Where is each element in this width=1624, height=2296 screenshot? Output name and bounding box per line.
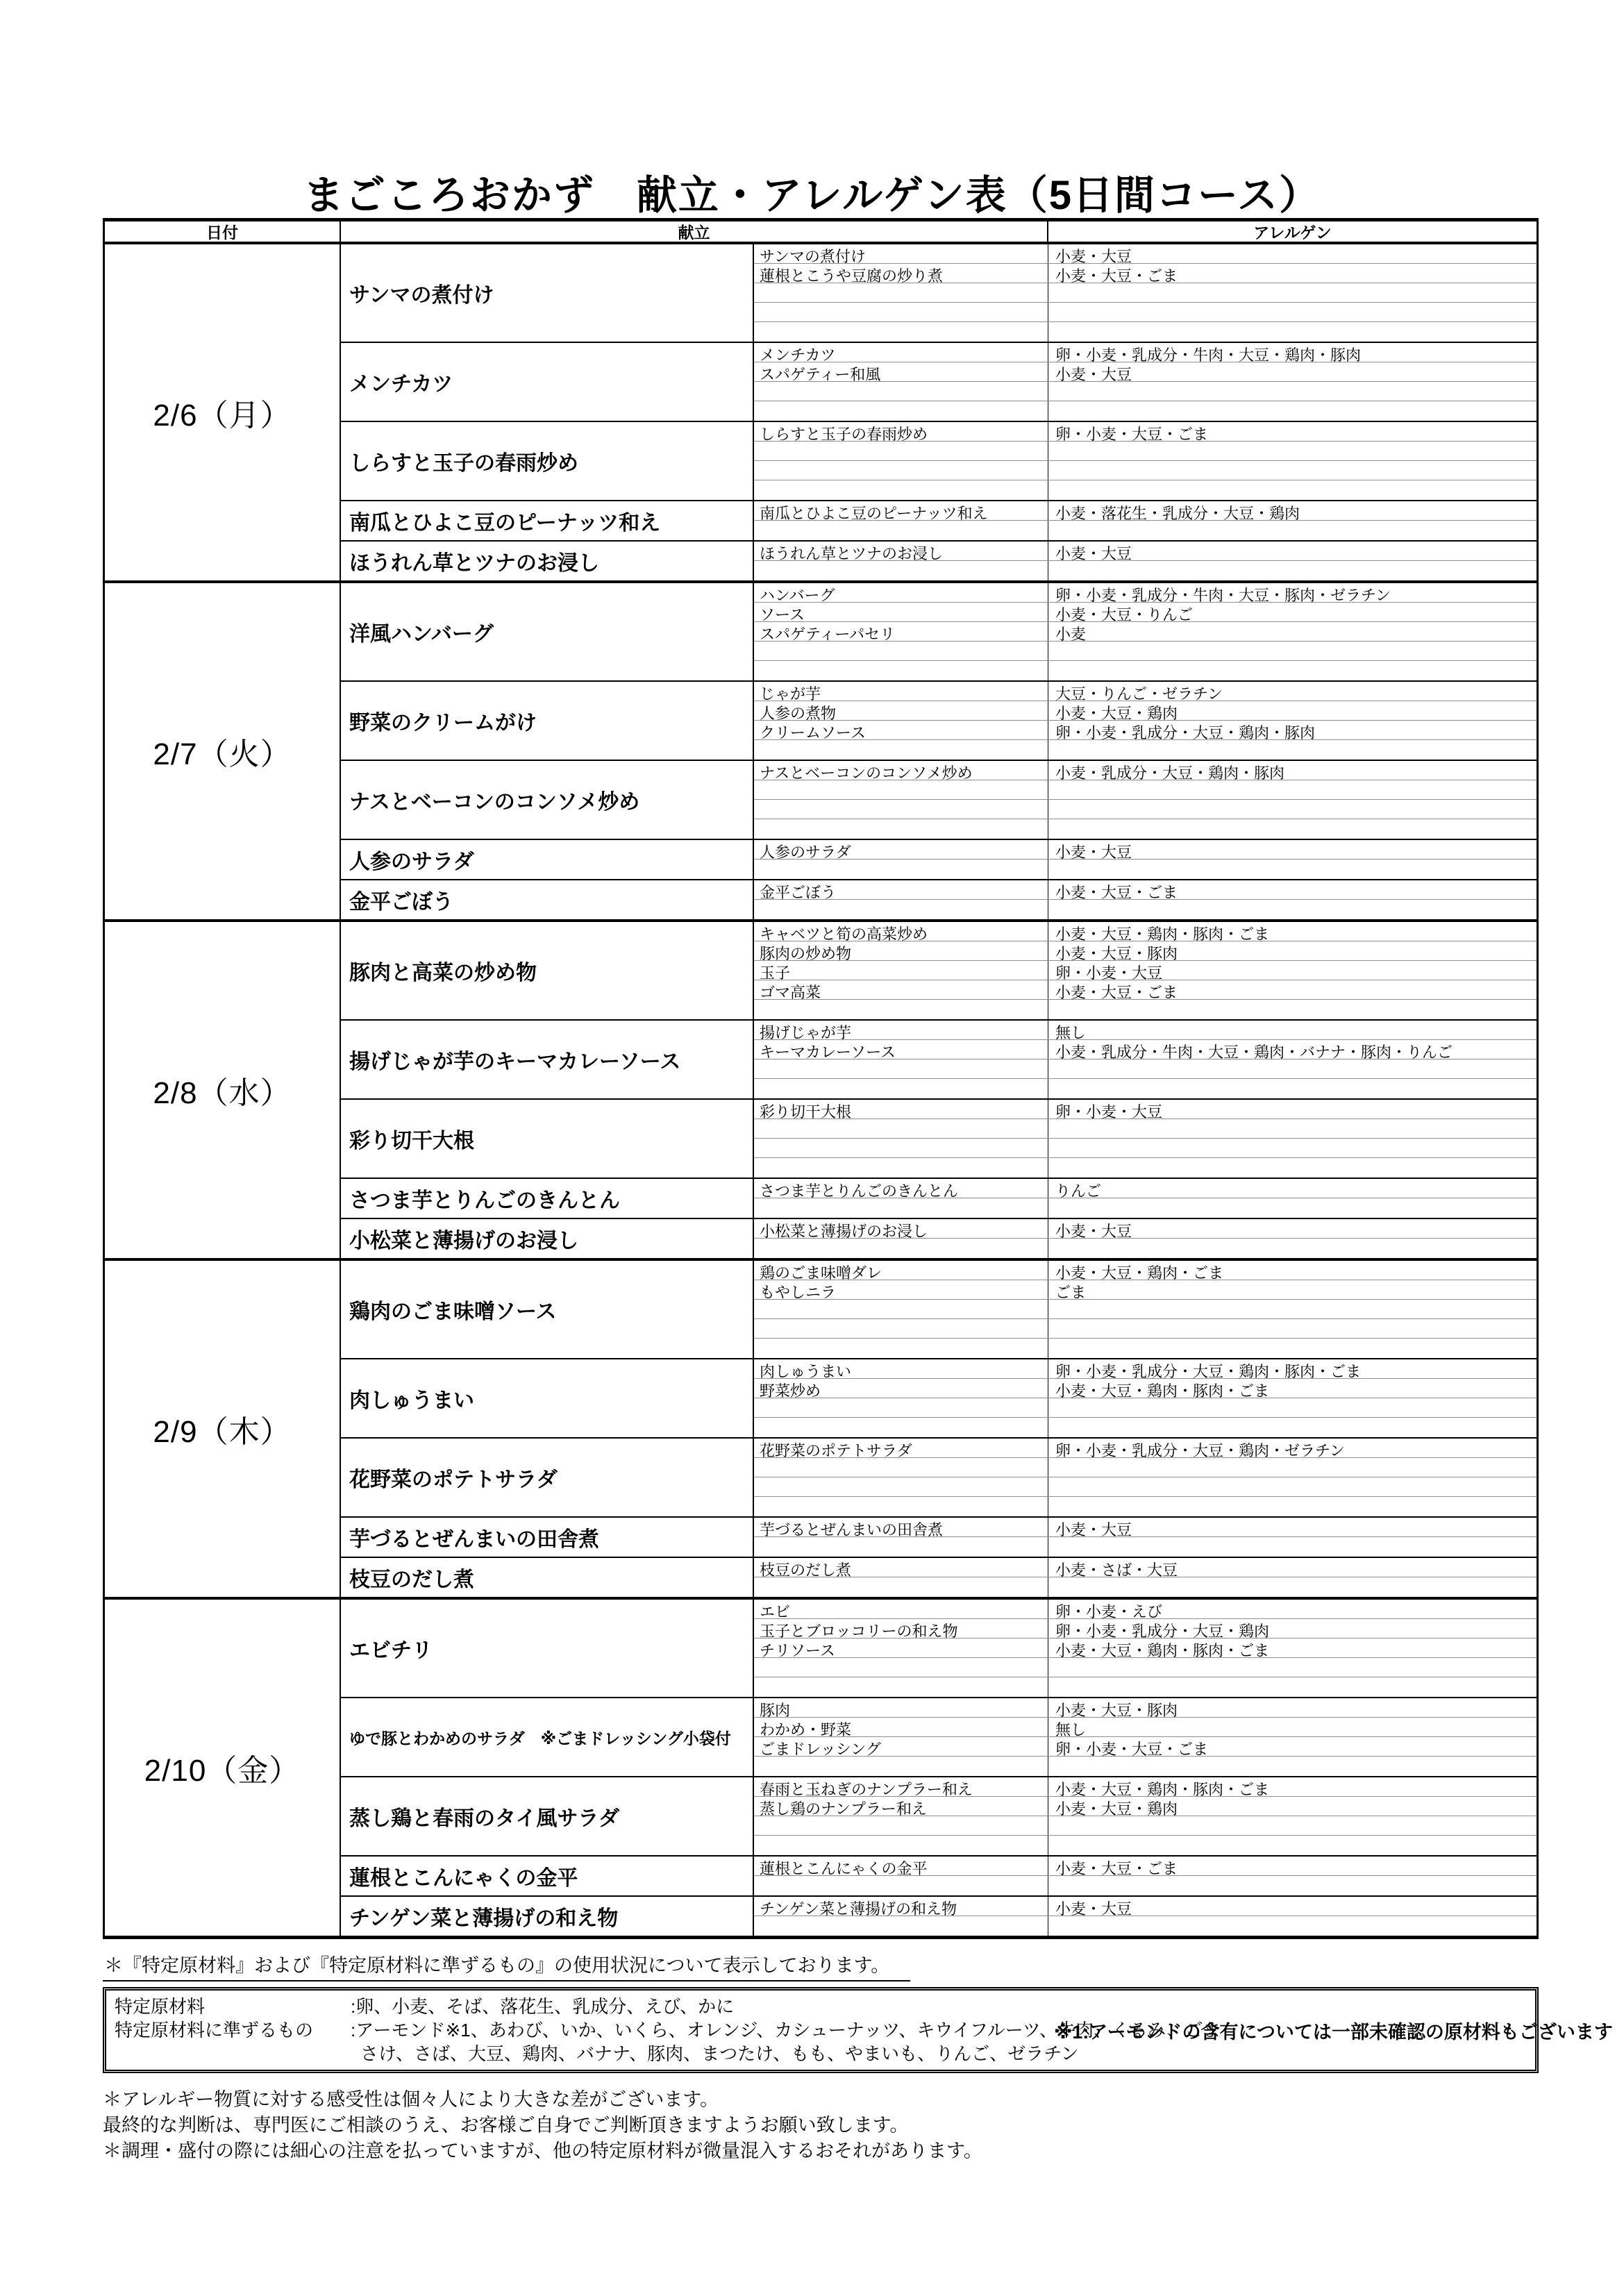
allergen-list: 小麦・大豆・豚肉 bbox=[1048, 941, 1537, 960]
allergen-list bbox=[1048, 1577, 1537, 1597]
dish-name: 南瓜とひよこ豆のピーナッツ和え bbox=[341, 501, 754, 540]
component-name: しらすと玉子の春雨炒め bbox=[754, 422, 1048, 441]
allergen-list: 卵・小麦・乳成分・牛肉・大豆・豚肉・ゼラチン bbox=[1048, 583, 1537, 602]
menu-item-row bbox=[754, 1398, 1537, 1418]
day-block: 2/10（金）エビチリエビ卵・小麦・えび玉子とブロッコリーの和え物卵・小麦・乳成… bbox=[105, 1600, 1537, 1936]
component-name bbox=[754, 322, 1048, 342]
specified-line-1: :卵、小麦、そば、落花生、乳成分、えび、かに bbox=[351, 1995, 1530, 2018]
specified-line-3: さけ、さば、大豆、鶏肉、バナナ、豚肉、まつたけ、もも、やまいも、りんご、ゼラチン bbox=[351, 2042, 1530, 2065]
dish-group: チンゲン菜と薄揚げの和え物チンゲン菜と薄揚げの和え物小麦・大豆 bbox=[341, 1897, 1537, 1936]
menu-item-row bbox=[754, 283, 1537, 303]
menu-item-row bbox=[754, 1000, 1537, 1019]
item-rows: ハンバーグ卵・小麦・乳成分・牛肉・大豆・豚肉・ゼラチンソース小麦・大豆・りんごス… bbox=[754, 583, 1537, 680]
date-cell: 2/6（月） bbox=[105, 244, 341, 580]
allergen-list bbox=[1048, 1119, 1537, 1138]
item-rows: 豚肉小麦・大豆・豚肉わかめ・野菜無しごまドレッシング卵・小麦・大豆・ごま bbox=[754, 1698, 1537, 1776]
allergen-list: 卵・小麦・えび bbox=[1048, 1600, 1537, 1618]
component-name: 野菜炒め bbox=[754, 1379, 1048, 1398]
allergen-list: ごま bbox=[1048, 1280, 1537, 1299]
allergen-list bbox=[1048, 1836, 1537, 1855]
allergen-list: 卵・小麦・大豆 bbox=[1048, 961, 1537, 980]
menu-item-row bbox=[754, 1079, 1537, 1098]
allergen-list: 小麦・大豆 bbox=[1048, 244, 1537, 263]
allergen-list: 小麦・乳成分・牛肉・大豆・鶏肉・バナナ・豚肉・りんご bbox=[1048, 1040, 1537, 1059]
menu-item-row bbox=[754, 819, 1537, 839]
menu-item-row bbox=[754, 740, 1537, 760]
date-cell: 2/10（金） bbox=[105, 1600, 341, 1936]
header-allergen: アレルゲン bbox=[1048, 221, 1537, 242]
component-name bbox=[754, 1757, 1048, 1776]
almond-note: ※1:アーモンドの含有については一部未確認の原材料もございます bbox=[1054, 2017, 1613, 2044]
usage-note: ＊『特定原材料』および『特定原材料に準ずるもの』の使用状況について表示しておりま… bbox=[103, 1950, 1539, 1981]
allergen-list: 小麦・大豆・鶏肉 bbox=[1048, 1797, 1537, 1816]
item-rows: チンゲン菜と薄揚げの和え物小麦・大豆 bbox=[754, 1897, 1537, 1936]
component-name: 春雨と玉ねぎのナンプラー和え bbox=[754, 1777, 1048, 1796]
dish-group: メンチカツメンチカツ卵・小麦・乳成分・牛肉・大豆・鶏肉・豚肉スパゲティー和風小麦… bbox=[341, 343, 1537, 422]
item-rows: 揚げじゃが芋無しキーマカレーソース小麦・乳成分・牛肉・大豆・鶏肉・バナナ・豚肉・… bbox=[754, 1021, 1537, 1098]
menu-item-row bbox=[754, 1418, 1537, 1437]
menu-item-row: 春雨と玉ねぎのナンプラー和え小麦・大豆・鶏肉・豚肉・ごま bbox=[754, 1777, 1537, 1797]
menu-item-row bbox=[754, 780, 1537, 800]
menu-item-row bbox=[754, 442, 1537, 461]
component-name: エビ bbox=[754, 1600, 1048, 1618]
dish-group: 洋風ハンバーグハンバーグ卵・小麦・乳成分・牛肉・大豆・豚肉・ゼラチンソース小麦・… bbox=[341, 583, 1537, 682]
menu-item-row: もやしニラごま bbox=[754, 1280, 1537, 1300]
menu-item-row bbox=[754, 401, 1537, 421]
component-name bbox=[754, 1119, 1048, 1138]
menu-item-row bbox=[754, 642, 1537, 661]
allergen-list bbox=[1048, 1816, 1537, 1835]
menu-item-row bbox=[754, 1139, 1537, 1158]
menu-item-row: 蒸し鶏のナンプラー和え小麦・大豆・鶏肉 bbox=[754, 1797, 1537, 1816]
dish-name: 小松菜と薄揚げのお浸し bbox=[341, 1219, 754, 1258]
component-name: ソース bbox=[754, 603, 1048, 621]
component-name bbox=[754, 1339, 1048, 1358]
allergen-list bbox=[1048, 1198, 1537, 1218]
component-name: 玉子 bbox=[754, 961, 1048, 980]
menu-item-row: 小松菜と薄揚げのお浸し小麦・大豆 bbox=[754, 1219, 1537, 1239]
component-name bbox=[754, 461, 1048, 480]
item-rows: エビ卵・小麦・えび玉子とブロッコリーの和え物卵・小麦・乳成分・大豆・鶏肉チリソー… bbox=[754, 1600, 1537, 1697]
allergen-list bbox=[1048, 1239, 1537, 1258]
allergen-list: 小麦・大豆・ごま bbox=[1048, 980, 1537, 999]
menu-item-row bbox=[754, 1158, 1537, 1178]
component-name: 蓮根とこうや豆腐の炒り煮 bbox=[754, 264, 1048, 283]
footer-notes: ＊アレルギー物質に対する感受性は個々人により大きな差がございます。 最終的な判断… bbox=[103, 2087, 1539, 2164]
component-name: 豚肉の炒め物 bbox=[754, 941, 1048, 960]
component-name: 枝豆のだし煮 bbox=[754, 1558, 1048, 1577]
component-name: キャベツと筍の高菜炒め bbox=[754, 922, 1048, 941]
allergen-list bbox=[1048, 461, 1537, 480]
menu-item-row bbox=[754, 1458, 1537, 1477]
menu-item-row: 揚げじゃが芋無し bbox=[754, 1021, 1537, 1040]
menu-item-row bbox=[754, 1300, 1537, 1319]
item-rows: しらすと玉子の春雨炒め卵・小麦・大豆・ごま bbox=[754, 422, 1537, 500]
dish-group: さつま芋とりんごのきんとんさつま芋とりんごのきんとんりんご bbox=[341, 1179, 1537, 1219]
allergen-list bbox=[1048, 1677, 1537, 1697]
component-name bbox=[754, 1876, 1048, 1895]
dish-group: 小松菜と薄揚げのお浸し小松菜と薄揚げのお浸し小麦・大豆 bbox=[341, 1219, 1537, 1258]
allergen-list: 大豆・りんご・ゼラチン bbox=[1048, 682, 1537, 701]
footer-note-2: 最終的な判断は、専門医にご相談のうえ、お客様ご自身でご判断頂きますようお願い致し… bbox=[103, 2113, 1539, 2138]
allergen-list: 小麦・大豆 bbox=[1048, 362, 1537, 381]
menu-item-row bbox=[754, 1497, 1537, 1516]
component-name bbox=[754, 642, 1048, 660]
component-name: 蓮根とこんにゃくの金平 bbox=[754, 1857, 1048, 1875]
menu-item-row: わかめ・野菜無し bbox=[754, 1718, 1537, 1737]
component-name bbox=[754, 1537, 1048, 1557]
dish-group: 枝豆のだし煮枝豆のだし煮小麦・さば・大豆 bbox=[341, 1558, 1537, 1597]
item-rows: 人参のサラダ小麦・大豆 bbox=[754, 840, 1537, 879]
dish-group: 芋づるとぜんまいの田舎煮芋づるとぜんまいの田舎煮小麦・大豆 bbox=[341, 1518, 1537, 1558]
component-name: ナスとベーコンのコンソメ炒め bbox=[754, 761, 1048, 780]
component-name: スパゲティー和風 bbox=[754, 362, 1048, 381]
allergen-list bbox=[1048, 819, 1537, 839]
menu-item-row bbox=[754, 1577, 1537, 1597]
dish-group: しらすと玉子の春雨炒めしらすと玉子の春雨炒め卵・小麦・大豆・ごま bbox=[341, 422, 1537, 501]
component-name bbox=[754, 1059, 1048, 1078]
component-name: もやしニラ bbox=[754, 1280, 1048, 1299]
menu-item-row: サンマの煮付け小麦・大豆 bbox=[754, 244, 1537, 264]
dish-name: 芋づるとぜんまいの田舎煮 bbox=[341, 1518, 754, 1557]
menu-item-row bbox=[754, 860, 1537, 879]
component-name bbox=[754, 1319, 1048, 1338]
page-title: まごころおかず 献立・アレルゲン表（5日間コース） bbox=[0, 162, 1624, 221]
menu-item-row: 枝豆のだし煮小麦・さば・大豆 bbox=[754, 1558, 1537, 1577]
dish-name: しらすと玉子の春雨炒め bbox=[341, 422, 754, 500]
dish-name: 人参のサラダ bbox=[341, 840, 754, 879]
allergen-list: 無し bbox=[1048, 1021, 1537, 1039]
header-date: 日付 bbox=[105, 221, 341, 242]
specified-labels: 特定原材料 特定原材料に準ずるもの bbox=[115, 1995, 351, 2065]
component-name: わかめ・野菜 bbox=[754, 1718, 1048, 1736]
allergen-list: 卵・小麦・乳成分・大豆・鶏肉・豚肉 bbox=[1048, 721, 1537, 739]
allergen-list bbox=[1048, 480, 1537, 500]
allergen-list bbox=[1048, 1418, 1537, 1437]
usage-note-text: ＊『特定原材料』および『特定原材料に準ずるもの』の使用状況について表示しておりま… bbox=[103, 1950, 910, 1981]
allergen-list: 小麦・大豆・鶏肉・豚肉・ごま bbox=[1048, 1379, 1537, 1398]
allergen-list: 小麦・大豆 bbox=[1048, 1518, 1537, 1536]
day-groups: 洋風ハンバーグハンバーグ卵・小麦・乳成分・牛肉・大豆・豚肉・ゼラチンソース小麦・… bbox=[341, 583, 1537, 919]
dish-name: ナスとベーコンのコンソメ炒め bbox=[341, 761, 754, 839]
specified-label-quasi: 特定原材料に準ずるもの bbox=[115, 2018, 351, 2042]
dish-name: さつま芋とりんごのきんとん bbox=[341, 1179, 754, 1218]
menu-item-row: 豚肉小麦・大豆・豚肉 bbox=[754, 1698, 1537, 1718]
component-name bbox=[754, 780, 1048, 799]
allergen-list bbox=[1048, 1000, 1537, 1019]
menu-item-row bbox=[754, 521, 1537, 540]
component-name bbox=[754, 1198, 1048, 1218]
component-name bbox=[754, 303, 1048, 321]
day-groups: エビチリエビ卵・小麦・えび玉子とブロッコリーの和え物卵・小麦・乳成分・大豆・鶏肉… bbox=[341, 1600, 1537, 1936]
component-name: 豚肉 bbox=[754, 1698, 1048, 1717]
allergen-list bbox=[1048, 860, 1537, 879]
component-name: 彩り切干大根 bbox=[754, 1100, 1048, 1118]
component-name: チンゲン菜と薄揚げの和え物 bbox=[754, 1897, 1048, 1916]
component-name: 金平ごぼう bbox=[754, 880, 1048, 899]
component-name bbox=[754, 442, 1048, 460]
specified-label-main: 特定原材料 bbox=[115, 1995, 351, 2018]
menu-table-days: 2/6（月）サンマの煮付けサンマの煮付け小麦・大豆蓮根とこうや豆腐の炒り煮小麦・… bbox=[105, 244, 1537, 1936]
allergen-list: 卵・小麦・大豆 bbox=[1048, 1100, 1537, 1118]
allergen-list bbox=[1048, 283, 1537, 302]
component-name bbox=[754, 1300, 1048, 1318]
allergen-list: 小麦・大豆・鶏肉 bbox=[1048, 701, 1537, 720]
item-rows: サンマの煮付け小麦・大豆蓮根とこうや豆腐の炒り煮小麦・大豆・ごま bbox=[754, 244, 1537, 342]
allergen-list bbox=[1048, 740, 1537, 760]
component-name bbox=[754, 860, 1048, 879]
allergen-list: 小麦・大豆 bbox=[1048, 542, 1537, 560]
allergen-list bbox=[1048, 1139, 1537, 1157]
dish-name: サンマの煮付け bbox=[341, 244, 754, 342]
item-rows: じゃが芋大豆・りんご・ゼラチン人参の煮物小麦・大豆・鶏肉クリームソース卵・小麦・… bbox=[754, 682, 1537, 760]
allergen-list: 小麦・落花生・乳成分・大豆・鶏肉 bbox=[1048, 501, 1537, 520]
item-rows: キャベツと筍の高菜炒め小麦・大豆・鶏肉・豚肉・ごま豚肉の炒め物小麦・大豆・豚肉玉… bbox=[754, 922, 1537, 1019]
allergen-list bbox=[1048, 1497, 1537, 1516]
dish-name: ゆで豚とわかめのサラダ ※ごまドレッシング小袋付 bbox=[341, 1698, 754, 1776]
component-name bbox=[754, 1458, 1048, 1477]
dish-group: 鶏肉のごま味噌ソース鶏のごま味噌ダレ小麦・大豆・鶏肉・ごまもやしニラごま bbox=[341, 1261, 1537, 1359]
component-name: 人参のサラダ bbox=[754, 840, 1048, 859]
allergen-list bbox=[1048, 1876, 1537, 1895]
menu-item-row: 南瓜とひよこ豆のピーナッツ和え小麦・落花生・乳成分・大豆・鶏肉 bbox=[754, 501, 1537, 521]
menu-item-row bbox=[754, 900, 1537, 919]
component-name bbox=[754, 1418, 1048, 1437]
allergen-list bbox=[1048, 1398, 1537, 1417]
allergen-list bbox=[1048, 521, 1537, 540]
menu-allergen-sheet: { "title": "まごころおかず 献立・アレルゲン表（5日間コース）", … bbox=[0, 0, 1624, 2296]
date-cell: 2/9（木） bbox=[105, 1261, 341, 1597]
component-name: スパゲティーパセリ bbox=[754, 622, 1048, 641]
allergen-list: 卵・小麦・大豆・ごま bbox=[1048, 1737, 1537, 1756]
menu-item-row bbox=[754, 303, 1537, 322]
menu-item-row: 人参の煮物小麦・大豆・鶏肉 bbox=[754, 701, 1537, 721]
component-name: メンチカツ bbox=[754, 343, 1048, 362]
allergen-list: 小麦・大豆・りんご bbox=[1048, 603, 1537, 621]
allergen-list bbox=[1048, 661, 1537, 680]
component-name: 揚げじゃが芋 bbox=[754, 1021, 1048, 1039]
menu-item-row bbox=[754, 1239, 1537, 1258]
menu-item-row: 豚肉の炒め物小麦・大豆・豚肉 bbox=[754, 941, 1537, 961]
menu-item-row: スパゲティーパセリ小麦 bbox=[754, 622, 1537, 642]
item-rows: 花野菜のポテトサラダ卵・小麦・乳成分・大豆・鶏肉・ゼラチン bbox=[754, 1439, 1537, 1516]
allergen-list: 小麦・大豆・鶏肉・ごま bbox=[1048, 1261, 1537, 1280]
day-block: 2/8（水）豚肉と高菜の炒め物キャベツと筍の高菜炒め小麦・大豆・鶏肉・豚肉・ごま… bbox=[105, 922, 1537, 1261]
dish-name: 金平ごぼう bbox=[341, 880, 754, 919]
component-name bbox=[754, 480, 1048, 500]
component-name bbox=[754, 283, 1048, 302]
menu-item-row: キャベツと筍の高菜炒め小麦・大豆・鶏肉・豚肉・ごま bbox=[754, 922, 1537, 941]
allergen-list bbox=[1048, 1658, 1537, 1677]
allergen-list: 無し bbox=[1048, 1718, 1537, 1736]
dish-name: ほうれん草とツナのお浸し bbox=[341, 542, 754, 580]
menu-item-row: 金平ごぼう小麦・大豆・ごま bbox=[754, 880, 1537, 900]
component-name bbox=[754, 800, 1048, 819]
component-name bbox=[754, 1577, 1048, 1597]
component-name bbox=[754, 1477, 1048, 1496]
dish-name: 蒸し鶏と春雨のタイ風サラダ bbox=[341, 1777, 754, 1855]
component-name: 小松菜と薄揚げのお浸し bbox=[754, 1219, 1048, 1238]
component-name bbox=[754, 740, 1048, 760]
allergen-list: 小麦・乳成分・大豆・鶏肉・豚肉 bbox=[1048, 761, 1537, 780]
allergen-list bbox=[1048, 1059, 1537, 1078]
component-name bbox=[754, 1836, 1048, 1855]
component-name bbox=[754, 1677, 1048, 1697]
allergen-list bbox=[1048, 322, 1537, 342]
dish-name: 鶏肉のごま味噌ソース bbox=[341, 1261, 754, 1358]
allergen-list: 卵・小麦・乳成分・大豆・鶏肉 bbox=[1048, 1619, 1537, 1638]
allergen-list bbox=[1048, 1158, 1537, 1178]
item-rows: 金平ごぼう小麦・大豆・ごま bbox=[754, 880, 1537, 919]
component-name bbox=[754, 1398, 1048, 1417]
component-name: 芋づるとぜんまいの田舎煮 bbox=[754, 1518, 1048, 1536]
component-name: 人参の煮物 bbox=[754, 701, 1048, 720]
day-groups: 鶏肉のごま味噌ソース鶏のごま味噌ダレ小麦・大豆・鶏肉・ごまもやしニラごま肉しゅう… bbox=[341, 1261, 1537, 1597]
component-name: キーマカレーソース bbox=[754, 1040, 1048, 1059]
dish-group: ゆで豚とわかめのサラダ ※ごまドレッシング小袋付豚肉小麦・大豆・豚肉わかめ・野菜… bbox=[341, 1698, 1537, 1777]
allergen-list bbox=[1048, 1339, 1537, 1358]
menu-item-row: チリソース小麦・大豆・鶏肉・豚肉・ごま bbox=[754, 1639, 1537, 1658]
dish-group: 南瓜とひよこ豆のピーナッツ和え南瓜とひよこ豆のピーナッツ和え小麦・落花生・乳成分… bbox=[341, 501, 1537, 542]
component-name: 南瓜とひよこ豆のピーナッツ和え bbox=[754, 501, 1048, 520]
allergen-list: 小麦・大豆・鶏肉・豚肉・ごま bbox=[1048, 1639, 1537, 1657]
item-rows: 春雨と玉ねぎのナンプラー和え小麦・大豆・鶏肉・豚肉・ごま蒸し鶏のナンプラー和え小… bbox=[754, 1777, 1537, 1855]
dish-group: 蒸し鶏と春雨のタイ風サラダ春雨と玉ねぎのナンプラー和え小麦・大豆・鶏肉・豚肉・ご… bbox=[341, 1777, 1537, 1857]
dish-group: ほうれん草とツナのお浸しほうれん草とツナのお浸し小麦・大豆 bbox=[341, 542, 1537, 580]
allergen-list: 小麦・さば・大豆 bbox=[1048, 1558, 1537, 1577]
component-name: 玉子とブロッコリーの和え物 bbox=[754, 1619, 1048, 1638]
allergen-list: 小麦・大豆 bbox=[1048, 840, 1537, 859]
item-rows: ナスとベーコンのコンソメ炒め小麦・乳成分・大豆・鶏肉・豚肉 bbox=[754, 761, 1537, 839]
dish-group: 揚げじゃが芋のキーマカレーソース揚げじゃが芋無しキーマカレーソース小麦・乳成分・… bbox=[341, 1021, 1537, 1100]
allergen-list bbox=[1048, 1477, 1537, 1496]
menu-item-row: チンゲン菜と薄揚げの和え物小麦・大豆 bbox=[754, 1897, 1537, 1916]
component-name: ゴマ高菜 bbox=[754, 980, 1048, 999]
menu-item-row bbox=[754, 322, 1537, 342]
date-cell: 2/7（火） bbox=[105, 583, 341, 919]
allergen-list bbox=[1048, 442, 1537, 460]
item-rows: 小松菜と薄揚げのお浸し小麦・大豆 bbox=[754, 1219, 1537, 1258]
menu-item-row bbox=[754, 561, 1537, 580]
allergen-list: 卵・小麦・乳成分・牛肉・大豆・鶏肉・豚肉 bbox=[1048, 343, 1537, 362]
menu-item-row bbox=[754, 461, 1537, 480]
dish-name: 枝豆のだし煮 bbox=[341, 1558, 754, 1597]
menu-item-row: しらすと玉子の春雨炒め卵・小麦・大豆・ごま bbox=[754, 422, 1537, 442]
allergen-list bbox=[1048, 900, 1537, 919]
component-name bbox=[754, 900, 1048, 919]
allergen-list bbox=[1048, 780, 1537, 799]
item-rows: 蓮根とこんにゃくの金平小麦・大豆・ごま bbox=[754, 1857, 1537, 1895]
dish-group: 肉しゅうまい肉しゅうまい卵・小麦・乳成分・大豆・鶏肉・豚肉・ごま野菜炒め小麦・大… bbox=[341, 1359, 1537, 1439]
allergen-list bbox=[1048, 303, 1537, 321]
allergen-list: 小麦・大豆・ごま bbox=[1048, 880, 1537, 899]
dish-name: 蓮根とこんにゃくの金平 bbox=[341, 1857, 754, 1895]
allergen-list bbox=[1048, 1300, 1537, 1318]
menu-item-row: 野菜炒め小麦・大豆・鶏肉・豚肉・ごま bbox=[754, 1379, 1537, 1398]
menu-item-row: キーマカレーソース小麦・乳成分・牛肉・大豆・鶏肉・バナナ・豚肉・りんご bbox=[754, 1040, 1537, 1059]
component-name: さつま芋とりんごのきんとん bbox=[754, 1179, 1048, 1198]
day-block: 2/9（木）鶏肉のごま味噌ソース鶏のごま味噌ダレ小麦・大豆・鶏肉・ごまもやしニラ… bbox=[105, 1261, 1537, 1600]
component-name: クリームソース bbox=[754, 721, 1048, 739]
day-block: 2/7（火）洋風ハンバーグハンバーグ卵・小麦・乳成分・牛肉・大豆・豚肉・ゼラチン… bbox=[105, 583, 1537, 922]
day-groups: 豚肉と高菜の炒め物キャベツと筍の高菜炒め小麦・大豆・鶏肉・豚肉・ごま豚肉の炒め物… bbox=[341, 922, 1537, 1258]
menu-item-row: スパゲティー和風小麦・大豆 bbox=[754, 362, 1537, 382]
item-rows: 南瓜とひよこ豆のピーナッツ和え小麦・落花生・乳成分・大豆・鶏肉 bbox=[754, 501, 1537, 540]
component-name bbox=[754, 1816, 1048, 1835]
item-rows: メンチカツ卵・小麦・乳成分・牛肉・大豆・鶏肉・豚肉スパゲティー和風小麦・大豆 bbox=[754, 343, 1537, 421]
specified-ingredients-box: 特定原材料 特定原材料に準ずるもの :卵、小麦、そば、落花生、乳成分、えび、かに… bbox=[103, 1987, 1539, 2073]
footer-note-3: ＊調理・盛付の際には細心の注意を払っていますが、他の特定原材料が微量混入するおそ… bbox=[103, 2138, 1539, 2164]
menu-item-row: 肉しゅうまい卵・小麦・乳成分・大豆・鶏肉・豚肉・ごま bbox=[754, 1359, 1537, 1379]
menu-item-row: ほうれん草とツナのお浸し小麦・大豆 bbox=[754, 542, 1537, 561]
component-name: じゃが芋 bbox=[754, 682, 1048, 701]
dish-group: 野菜のクリームがけじゃが芋大豆・りんご・ゼラチン人参の煮物小麦・大豆・鶏肉クリー… bbox=[341, 682, 1537, 761]
menu-item-row bbox=[754, 1757, 1537, 1776]
menu-item-row: 芋づるとぜんまいの田舎煮小麦・大豆 bbox=[754, 1518, 1537, 1537]
allergen-list bbox=[1048, 561, 1537, 580]
menu-item-row: さつま芋とりんごのきんとんりんご bbox=[754, 1179, 1537, 1198]
allergen-list: 小麦・大豆・豚肉 bbox=[1048, 1698, 1537, 1717]
dish-group: エビチリエビ卵・小麦・えび玉子とブロッコリーの和え物卵・小麦・乳成分・大豆・鶏肉… bbox=[341, 1600, 1537, 1698]
menu-item-row bbox=[754, 1319, 1537, 1339]
component-name bbox=[754, 661, 1048, 680]
component-name bbox=[754, 1916, 1048, 1936]
dish-group: 豚肉と高菜の炒め物キャベツと筍の高菜炒め小麦・大豆・鶏肉・豚肉・ごま豚肉の炒め物… bbox=[341, 922, 1537, 1021]
allergen-list: 小麦・大豆・鶏肉・豚肉・ごま bbox=[1048, 922, 1537, 941]
component-name: ごまドレッシング bbox=[754, 1737, 1048, 1756]
menu-item-row: じゃが芋大豆・りんご・ゼラチン bbox=[754, 682, 1537, 701]
component-name: サンマの煮付け bbox=[754, 244, 1048, 263]
component-name bbox=[754, 819, 1048, 839]
component-name: 鶏のごま味噌ダレ bbox=[754, 1261, 1048, 1280]
menu-item-row: 玉子卵・小麦・大豆 bbox=[754, 961, 1537, 980]
menu-item-row: エビ卵・小麦・えび bbox=[754, 1600, 1537, 1619]
allergen-list bbox=[1048, 1757, 1537, 1776]
menu-item-row: 玉子とブロッコリーの和え物卵・小麦・乳成分・大豆・鶏肉 bbox=[754, 1619, 1537, 1639]
component-name bbox=[754, 1139, 1048, 1157]
menu-item-row bbox=[754, 1537, 1537, 1557]
allergen-list: 小麦・大豆・鶏肉・豚肉・ごま bbox=[1048, 1777, 1537, 1796]
component-name bbox=[754, 401, 1048, 421]
component-name bbox=[754, 1079, 1048, 1098]
menu-item-row: 蓮根とこうや豆腐の炒り煮小麦・大豆・ごま bbox=[754, 264, 1537, 283]
day-block: 2/6（月）サンマの煮付けサンマの煮付け小麦・大豆蓮根とこうや豆腐の炒り煮小麦・… bbox=[105, 244, 1537, 583]
allergen-list: 小麦・大豆 bbox=[1048, 1219, 1537, 1238]
component-name: ほうれん草とツナのお浸し bbox=[754, 542, 1048, 560]
dish-name: 野菜のクリームがけ bbox=[341, 682, 754, 760]
item-rows: 鶏のごま味噌ダレ小麦・大豆・鶏肉・ごまもやしニラごま bbox=[754, 1261, 1537, 1358]
dish-name: 肉しゅうまい bbox=[341, 1359, 754, 1437]
menu-item-row: ごまドレッシング卵・小麦・大豆・ごま bbox=[754, 1737, 1537, 1757]
dish-name: 洋風ハンバーグ bbox=[341, 583, 754, 680]
allergen-list: 小麦・大豆・ごま bbox=[1048, 264, 1537, 283]
allergen-list bbox=[1048, 1319, 1537, 1338]
allergen-list: 卵・小麦・乳成分・大豆・鶏肉・ゼラチン bbox=[1048, 1439, 1537, 1457]
dish-group: サンマの煮付けサンマの煮付け小麦・大豆蓮根とこうや豆腐の炒り煮小麦・大豆・ごま bbox=[341, 244, 1537, 343]
item-rows: 枝豆のだし煮小麦・さば・大豆 bbox=[754, 1558, 1537, 1597]
allergen-list: 卵・小麦・乳成分・大豆・鶏肉・豚肉・ごま bbox=[1048, 1359, 1537, 1378]
dish-group: ナスとベーコンのコンソメ炒めナスとベーコンのコンソメ炒め小麦・乳成分・大豆・鶏肉… bbox=[341, 761, 1537, 840]
menu-item-row bbox=[754, 1658, 1537, 1677]
allergen-list: 小麦・大豆・ごま bbox=[1048, 1857, 1537, 1875]
component-name bbox=[754, 1000, 1048, 1019]
menu-item-row bbox=[754, 1339, 1537, 1358]
allergen-list bbox=[1048, 382, 1537, 401]
item-rows: 肉しゅうまい卵・小麦・乳成分・大豆・鶏肉・豚肉・ごま野菜炒め小麦・大豆・鶏肉・豚… bbox=[754, 1359, 1537, 1437]
component-name bbox=[754, 521, 1048, 540]
allergen-list: 卵・小麦・大豆・ごま bbox=[1048, 422, 1537, 441]
menu-item-row: 鶏のごま味噌ダレ小麦・大豆・鶏肉・ごま bbox=[754, 1261, 1537, 1280]
